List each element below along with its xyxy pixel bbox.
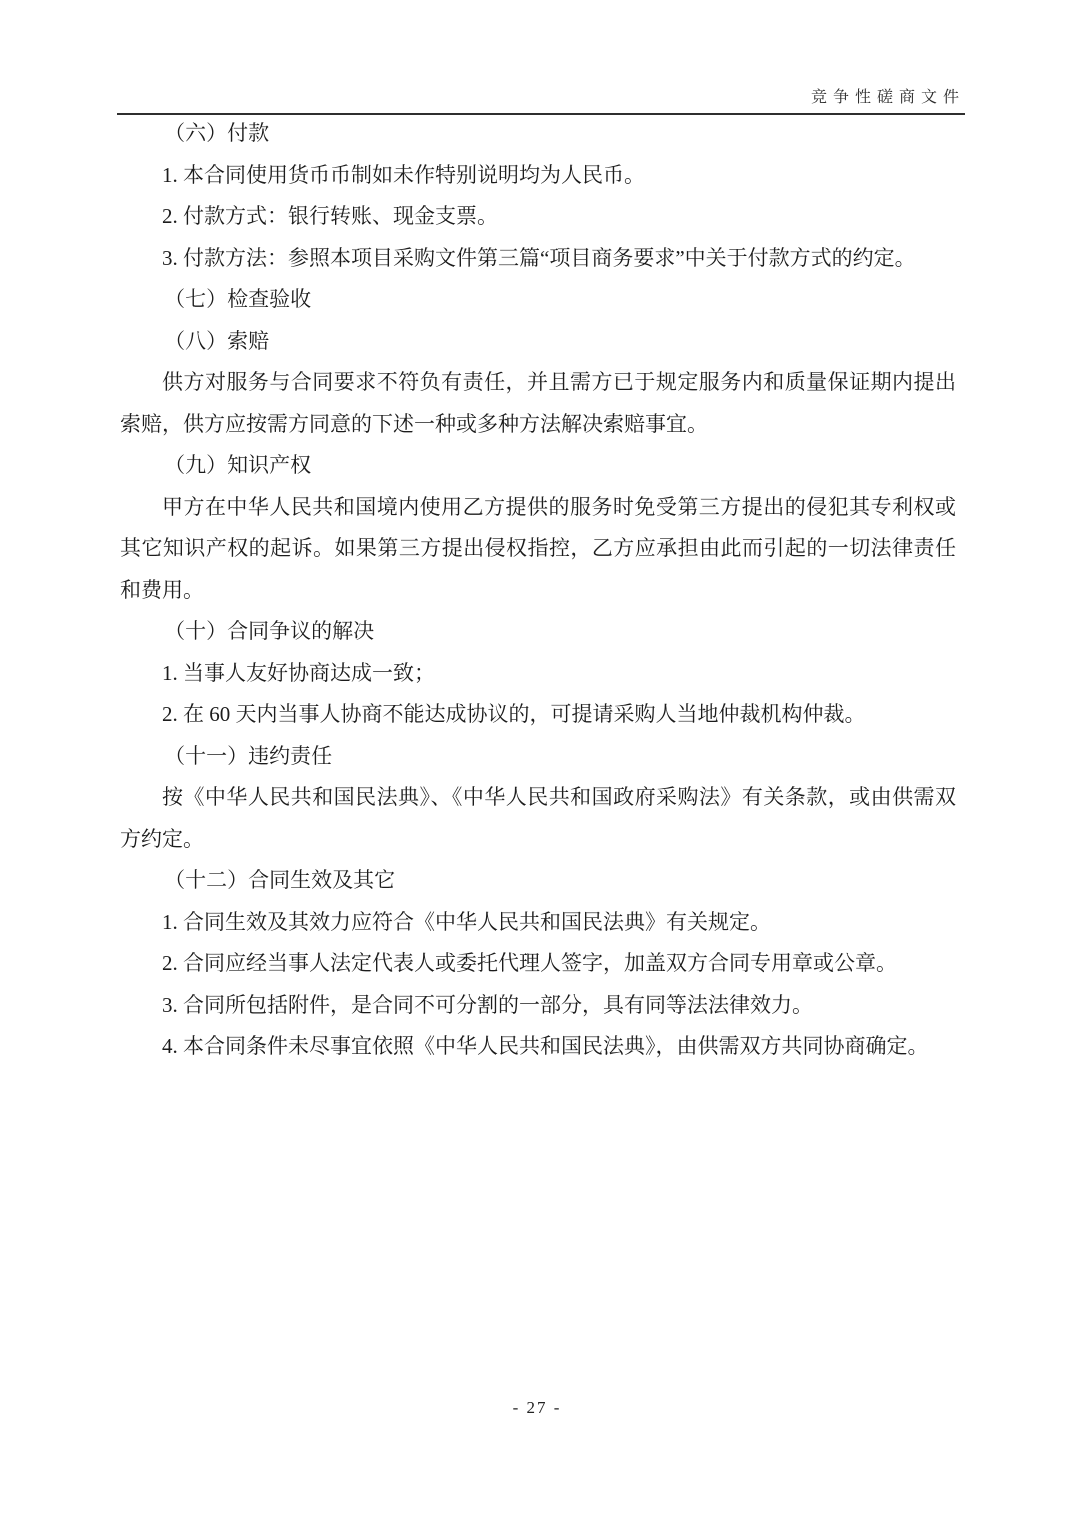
paragraph-heading: （七）检查验收 (120, 279, 956, 321)
page-footer: - 27 - (0, 1398, 1074, 1418)
paragraph-numbered: 1. 本合同使用货币币制如未作特别说明均为人民币。 (120, 155, 956, 197)
paragraph-heading: （九）知识产权 (120, 445, 956, 487)
page-header: 竞争性磋商文件 (117, 84, 965, 107)
page-number: - 27 - (513, 1398, 562, 1417)
paragraph-heading: （八）索赔 (120, 321, 956, 363)
paragraph-heading: （十二）合同生效及其它 (120, 860, 956, 902)
paragraph-heading: （十）合同争议的解决 (120, 611, 956, 653)
paragraph-numbered: 4. 本合同条件未尽事宜依照《中华人民共和国民法典》，由供需双方共同协商确定。 (120, 1026, 956, 1068)
paragraph-numbered: 3. 合同所包括附件，是合同不可分割的一部分，具有同等法法律效力。 (120, 985, 956, 1027)
paragraph-body: 供方对服务与合同要求不符负有责任，并且需方已于规定服务内和质量保证期内提出索赔，… (120, 362, 956, 445)
paragraph-numbered: 2. 合同应经当事人法定代表人或委托代理人签字，加盖双方合同专用章或公章。 (120, 943, 956, 985)
paragraph-heading: （十一）违约责任 (120, 736, 956, 778)
paragraph-numbered: 1. 合同生效及其效力应符合《中华人民共和国民法典》有关规定。 (120, 902, 956, 944)
paragraph-body: 甲方在中华人民共和国境内使用乙方提供的服务时免受第三方提出的侵犯其专利权或其它知… (120, 487, 956, 612)
paragraph-heading: （六）付款 (120, 113, 956, 155)
paragraph-body: 按《中华人民共和国民法典》、《中华人民共和国政府采购法》有关条款，或由供需双方约… (120, 777, 956, 860)
header-title: 竞争性磋商文件 (811, 89, 965, 106)
paragraph-numbered: 2. 在 60 天内当事人协商不能达成协议的，可提请采购人当地仲裁机构仲裁。 (120, 694, 956, 736)
paragraph-numbered: 1. 当事人友好协商达成一致； (120, 653, 956, 695)
document-page: 竞争性磋商文件 （六）付款1. 本合同使用货币币制如未作特别说明均为人民币。2.… (0, 0, 1074, 1520)
document-body: （六）付款1. 本合同使用货币币制如未作特别说明均为人民币。2. 付款方式：银行… (120, 113, 956, 1068)
paragraph-numbered: 3. 付款方法：参照本项目采购文件第三篇“项目商务要求”中关于付款方式的约定。 (120, 238, 956, 280)
paragraph-numbered: 2. 付款方式：银行转账、现金支票。 (120, 196, 956, 238)
